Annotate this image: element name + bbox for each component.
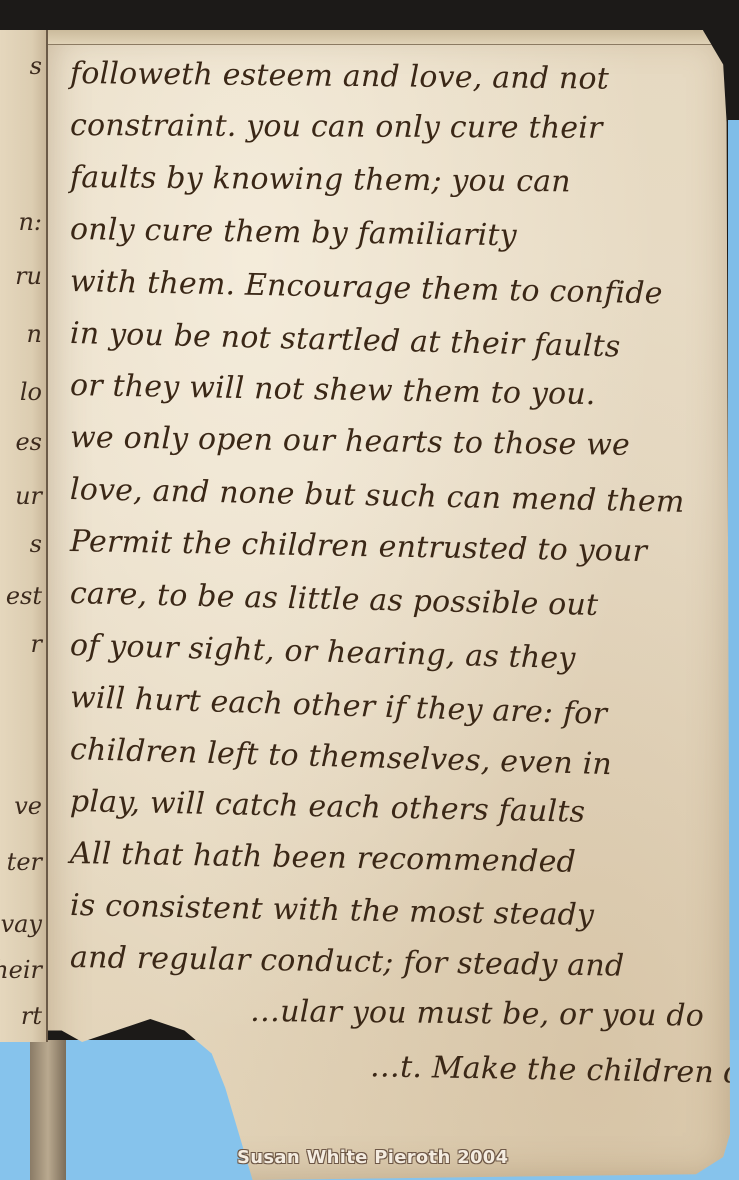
background-blue-right <box>728 120 739 1180</box>
left-page-fragment: s <box>30 530 42 558</box>
manuscript-line: constraint. you can only cure their <box>70 100 730 155</box>
manuscript-line: we only open our hearts to those we <box>70 412 731 473</box>
left-page-fragment: n: <box>18 208 42 236</box>
page-top-edge <box>48 30 730 45</box>
manuscript-line: only cure them by familiarity <box>70 204 731 265</box>
left-page-fragment: r <box>31 630 42 658</box>
left-page-fragment: ur <box>15 482 42 510</box>
left-page-fragment: rt <box>21 1002 42 1030</box>
left-page-fragment: s <box>30 52 42 80</box>
left-page-fragment: ter <box>7 848 42 876</box>
handwritten-text-block: followeth esteem and love, and not const… <box>70 48 730 1088</box>
left-page-fragment: lo <box>20 378 42 406</box>
left-page-fragment: ve <box>14 792 42 820</box>
left-page-fragment: vay <box>1 910 42 938</box>
book-spine-strip <box>30 1040 66 1180</box>
copyright-watermark: Susan White Pieroth 2004 <box>237 1147 508 1168</box>
left-page-fragment: heir <box>0 956 42 984</box>
left-facing-page: s n: ru n lo es ur s est r ve ter vay he… <box>0 30 48 1042</box>
left-page-fragment: n <box>27 320 42 348</box>
manuscript-page: followeth esteem and love, and not const… <box>48 30 730 1180</box>
left-page-fragment: ru <box>15 262 42 290</box>
manuscript-line: …ular you must be, or you do <box>70 984 731 1043</box>
manuscript-line: followeth esteem and love, and not <box>70 48 731 107</box>
left-page-fragment: es <box>15 428 42 456</box>
manuscript-line: faults by knowing them; you can <box>70 152 730 210</box>
left-page-fragment: est <box>6 582 42 610</box>
